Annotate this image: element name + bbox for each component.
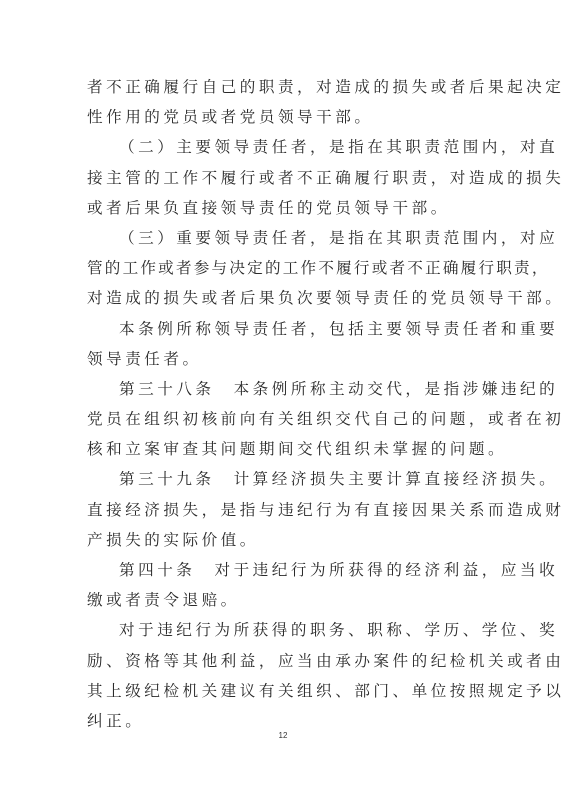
document-body: 者不正确履行自己的职责，对造成的损失或者后果起决定 性作用的党员或者党员领导干部…	[87, 72, 467, 736]
text-line: 本条例所称领导责任者，包括主要领导责任者和重要	[87, 314, 467, 344]
text-line: 性作用的党员或者党员领导干部。	[87, 102, 467, 132]
text-line: 其上级纪检机关建议有关组织、部门、单位按照规定予以	[87, 676, 467, 706]
text-line: 领导责任者。	[87, 344, 467, 374]
article-38-heading-line: 第三十八条 本条例所称主动交代，是指涉嫌违纪的	[87, 374, 467, 404]
text-line: 党员在组织初核前向有关组织交代自己的问题，或者在初	[87, 404, 467, 434]
text-line: 接主管的工作不履行或者不正确履行职责，对造成的损失	[87, 163, 467, 193]
text-line: 管的工作或者参与决定的工作不履行或者不正确履行职责，	[87, 253, 467, 283]
text-line: 或者后果负直接领导责任的党员领导干部。	[87, 193, 467, 223]
text-line: 对造成的损失或者后果负次要领导责任的党员领导干部。	[87, 283, 467, 313]
text-line: （二）主要领导责任者，是指在其职责范围内，对直	[87, 132, 467, 162]
article-40-heading-line: 第四十条 对于违纪行为所获得的经济利益，应当收	[87, 555, 467, 585]
document-page: 者不正确履行自己的职责，对造成的损失或者后果起决定 性作用的党员或者党员领导干部…	[0, 0, 566, 800]
text-line: （三）重要领导责任者，是指在其职责范围内，对应	[87, 223, 467, 253]
article-39-heading-line: 第三十九条 计算经济损失主要计算直接经济损失。	[87, 464, 467, 494]
text-line: 对于违纪行为所获得的职务、职称、学历、学位、奖	[87, 615, 467, 645]
text-line: 励、资格等其他利益，应当由承办案件的纪检机关或者由	[87, 646, 467, 676]
page-number: 12	[0, 731, 566, 740]
text-line: 缴或者责令退赔。	[87, 585, 467, 615]
text-line: 产损失的实际价值。	[87, 525, 467, 555]
text-line: 核和立案审查其问题期间交代组织未掌握的问题。	[87, 434, 467, 464]
text-line: 者不正确履行自己的职责，对造成的损失或者后果起决定	[87, 72, 467, 102]
text-line: 直接经济损失，是指与违纪行为有直接因果关系而造成财	[87, 495, 467, 525]
